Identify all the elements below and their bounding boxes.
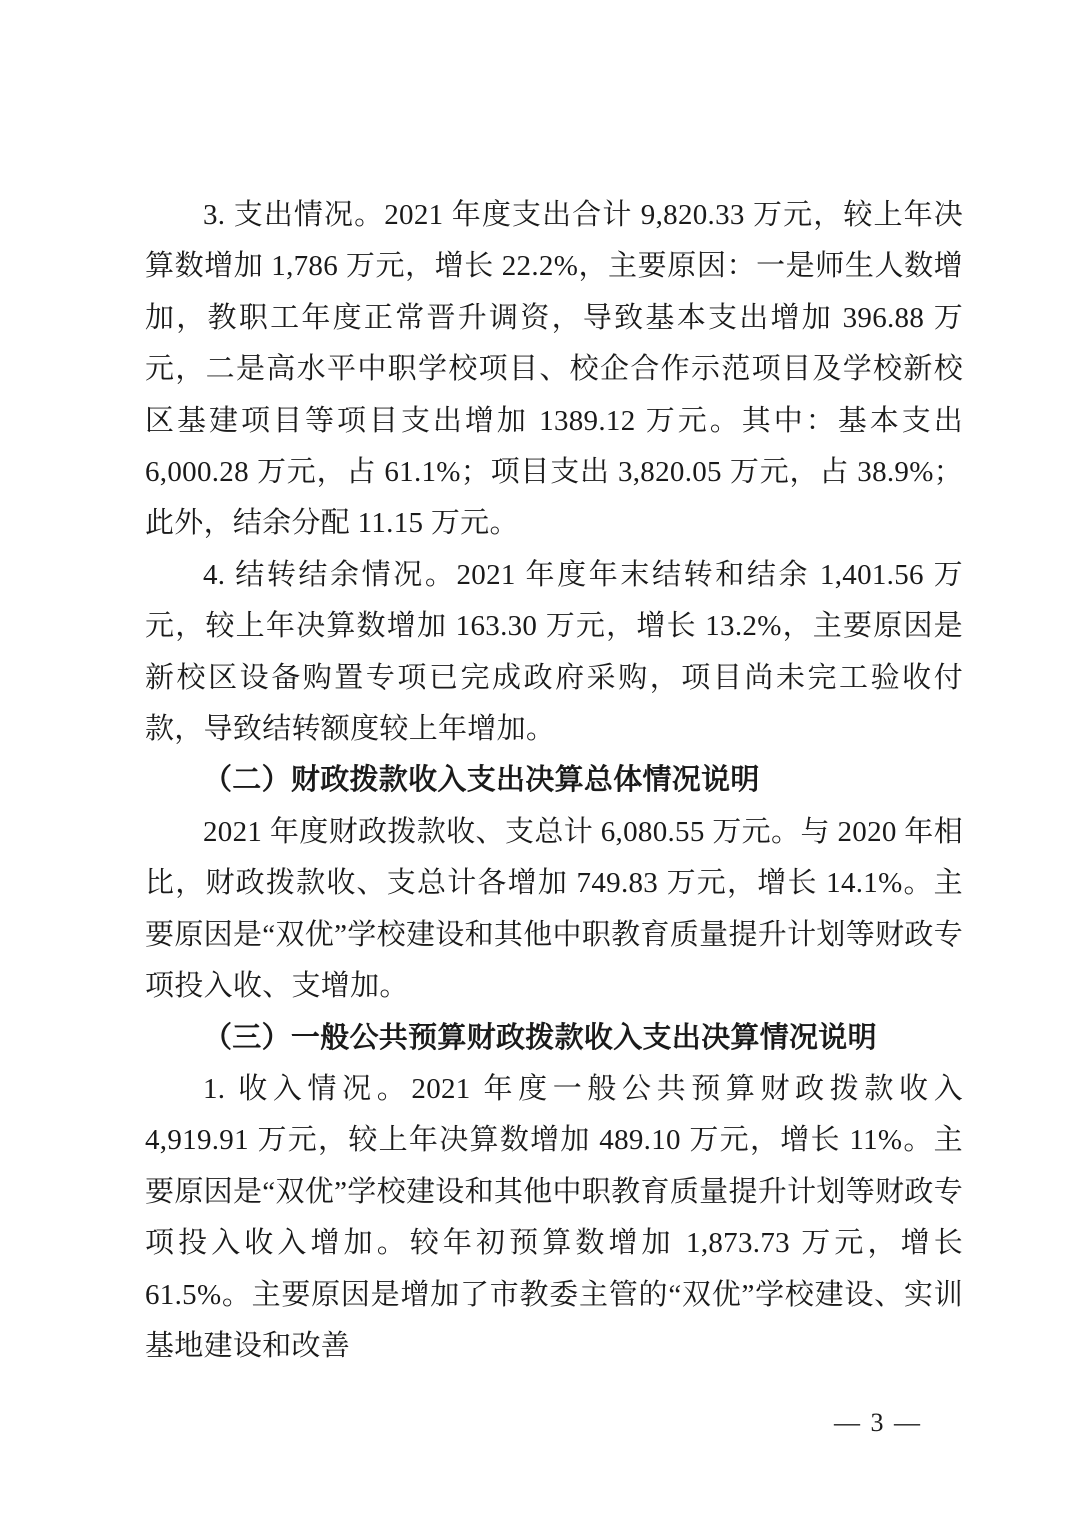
document-page: 3. 支出情况。2021 年度支出合计 9,820.33 万元，较上年决算数增加…: [0, 0, 1074, 1520]
paragraph-fiscal-appropriation-total: 2021 年度财政拨款收、支总计 6,080.55 万元。与 2020 年相比，…: [145, 807, 963, 1013]
document-body: 3. 支出情况。2021 年度支出合计 9,820.33 万元，较上年决算数增加…: [145, 190, 963, 1372]
paragraph-carryover-surplus: 4. 结转结余情况。2021 年度年末结转和结余 1,401.56 万元，较上年…: [145, 550, 963, 756]
heading-section-three-general-public-budget: （三）一般公共预算财政拨款收入支出决算情况说明: [145, 1013, 963, 1064]
paragraph-expenditure-summary: 3. 支出情况。2021 年度支出合计 9,820.33 万元，较上年决算数增加…: [145, 190, 963, 550]
page-number: — 3 —: [834, 1408, 922, 1438]
paragraph-income-summary: 1. 收入情况。2021 年度一般公共预算财政拨款收入 4,919.91 万元，…: [145, 1064, 963, 1372]
heading-section-two-fiscal-appropriation-overview: （二）财政拨款收入支出决算总体情况说明: [145, 755, 963, 806]
